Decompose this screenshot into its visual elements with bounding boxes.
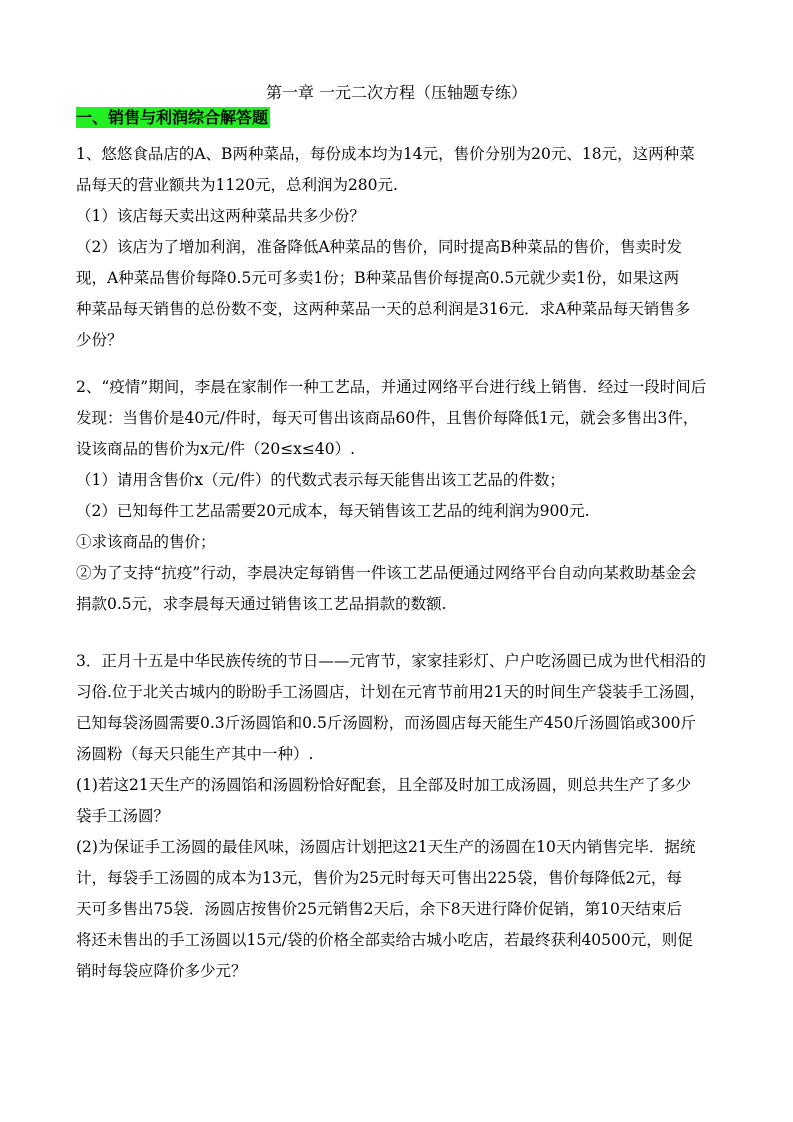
- document-page: 第一章 一元二次方程（压轴题专练） 一、销售与利润综合解答题 1、悠悠食品店的A…: [0, 0, 793, 1122]
- question-line: 已知每袋汤圆需要0.3斤汤圆馅和0.5斤汤圆粉，而汤圆店每天能生产450斤汤圆馅…: [76, 708, 716, 739]
- question-line: 2、“疫情”期间，李晨在家制作一种工艺品，并通过网络平台进行线上销售．经过一段时…: [76, 372, 716, 403]
- question-line: 天可多售出75袋．汤圆店按售价25元销售2天后，余下8天进行降价促销，第10天结…: [76, 894, 716, 925]
- question-line: 习俗.位于北关古城内的盼盼手工汤圆店，计划在元宵节前用21天的时间生产袋装手工汤…: [76, 677, 716, 708]
- question-line: 计，每袋手工汤圆的成本为13元，售价为25元时每天可售出225袋，售价每降低2元…: [76, 863, 716, 894]
- question-line: 品每天的营业额共为1120元，总利润为280元.: [76, 170, 716, 201]
- question-line: 1、悠悠食品店的A、B两种菜品，每份成本均为14元，售价分别为20元、18元，这…: [76, 139, 716, 170]
- question-line: （2）该店为了增加利润，准备降低A种菜品的售价，同时提高B种菜品的售价，售卖时发: [76, 232, 716, 263]
- question-line: 现，A种菜品售价每降0.5元可多卖1份；B种菜品售价每提高0.5元就少卖1份，如…: [76, 263, 716, 294]
- question-line: 设该商品的售价为x元/件（20≤x≤40）.: [76, 434, 716, 465]
- question-line: (2)为保证手工汤圆的最佳风味，汤圆店计划把这21天生产的汤圆在10天内销售完毕…: [76, 832, 716, 863]
- question-line: ②为了支持“抗疫”行动，李晨决定每销售一件该工艺品便通过网络平台自动向某救助基金…: [76, 558, 716, 589]
- question-line: 销时每袋应降价多少元？: [76, 956, 716, 987]
- question-line: 3．正月十五是中华民族传统的节日——元宵节，家家挂彩灯、户户吃汤圆已成为世代相沿…: [76, 646, 716, 677]
- question-line: 发现：当售价是40元/件时，每天可售出该商品60件，且售价每降低1元，就会多售出…: [76, 403, 716, 434]
- question-line: 袋手工汤圆？: [76, 801, 716, 832]
- question-line: 将还未售出的手工汤圆以15元/袋的价格全部卖给古城小吃店，若最终获利40500元…: [76, 925, 716, 956]
- question-line: （1）该店每天卖出这两种菜品共多少份？: [76, 201, 716, 232]
- question-line: ①求该商品的售价；: [76, 527, 716, 558]
- chapter-title: 第一章 一元二次方程（压轴题专练）: [0, 80, 793, 103]
- question-line: （2）已知每件工艺品需要20元成本，每天销售该工艺品的纯利润为900元.: [76, 496, 716, 527]
- question-line: （1）请用含售价x（元/件）的代数式表示每天能售出该工艺品的件数；: [76, 465, 716, 496]
- question-line: 汤圆粉（每天只能生产其中一种）.: [76, 739, 716, 770]
- question-1: 1、悠悠食品店的A、B两种菜品，每份成本均为14元，售价分别为20元、18元，这…: [76, 139, 716, 356]
- question-line: 种菜品每天销售的总份数不变，这两种菜品一天的总利润是316元．求A种菜品每天销售…: [76, 294, 716, 325]
- question-line: (1)若这21天生产的汤圆馅和汤圆粉恰好配套，且全部及时加工成汤圆，则总共生产了…: [76, 770, 716, 801]
- question-line: 捐款0.5元，求李晨每天通过销售该工艺品捐款的数额.: [76, 589, 716, 620]
- section-heading: 一、销售与利润综合解答题: [76, 107, 270, 128]
- question-2: 2、“疫情”期间，李晨在家制作一种工艺品，并通过网络平台进行线上销售．经过一段时…: [76, 372, 716, 620]
- question-line: 少份？: [76, 325, 716, 356]
- question-3: 3．正月十五是中华民族传统的节日——元宵节，家家挂彩灯、户户吃汤圆已成为世代相沿…: [76, 646, 716, 987]
